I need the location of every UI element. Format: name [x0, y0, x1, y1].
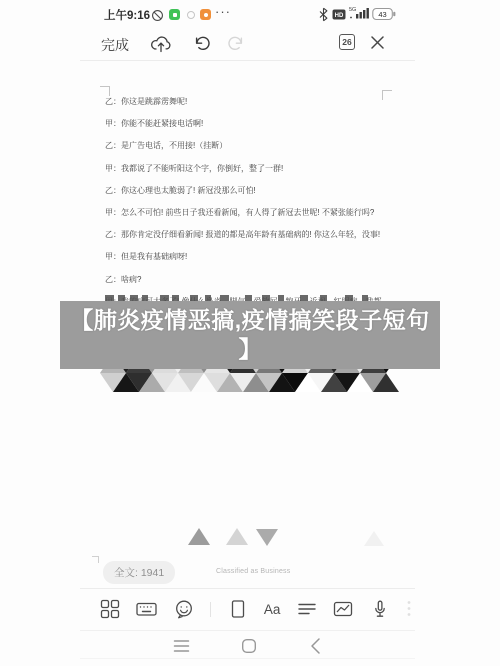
- phone-screenshot: 上午9:16 ··· HD 5G 43 完: [0, 0, 500, 666]
- mute-icon: [151, 9, 164, 22]
- article-title-line1: 【肺炎疫情恶搞,疫情搞笑段子短句: [60, 305, 440, 335]
- page-corner-mark-bottom: [92, 556, 99, 563]
- page-corner-mark-left: [100, 86, 110, 96]
- bluetooth-icon: [318, 7, 329, 22]
- android-nav-bar: [80, 630, 415, 660]
- app-notification-green-icon: [169, 9, 180, 20]
- doc-line: 甲：我都说了不能听阳这个字，你倒好，整了一群!: [105, 163, 389, 174]
- article-title-banner: 【肺炎疫情恶搞,疫情搞笑段子短句 】: [60, 301, 440, 369]
- back-icon[interactable]: [309, 637, 321, 655]
- align-icon[interactable]: [297, 599, 317, 619]
- classification-label: Classified as Business: [216, 568, 290, 575]
- article-title-line2: 】: [60, 335, 440, 363]
- undo-icon[interactable]: [193, 35, 212, 53]
- page-icon[interactable]: [228, 599, 248, 619]
- kebab-icon: [406, 599, 412, 619]
- battery-icon: 43: [372, 7, 396, 21]
- battery-percent: 43: [378, 10, 386, 19]
- redo-icon[interactable]: [226, 35, 245, 53]
- doc-line: 乙：你这心理也太脆弱了! 新冠没那么可怕!: [105, 185, 389, 196]
- apps-grid-icon[interactable]: [100, 599, 120, 619]
- hd-volte-icon: HD: [332, 9, 346, 20]
- toolbar-group-divider: [210, 602, 211, 617]
- triangle-shape: [373, 373, 399, 392]
- keyboard-icon[interactable]: [136, 599, 157, 619]
- page-count-badge[interactable]: 26: [339, 34, 355, 50]
- triangle-shape: [256, 529, 278, 546]
- clock: 上午9:16: [104, 7, 150, 23]
- microphone-icon[interactable]: [370, 599, 390, 619]
- doc-line: 乙：你这是跳霹雳舞呢!: [105, 96, 389, 107]
- app-notification-orange-icon: [200, 9, 211, 20]
- home-icon[interactable]: [240, 637, 258, 655]
- footer-divider: [80, 588, 415, 589]
- emoji-icon[interactable]: [174, 599, 194, 619]
- dot-notification-icon: [187, 11, 195, 19]
- doc-line: 甲：但是我有基础病呀!: [105, 251, 389, 262]
- triangle-shape: [226, 528, 248, 545]
- doc-line: 乙：啥病?: [105, 274, 389, 285]
- doc-line: 乙：那你肯定没仔细看新闻! 报道的都是高年龄有基础病的! 你这么年轻，没事!: [105, 229, 389, 240]
- image-icon[interactable]: [333, 599, 353, 619]
- signal-bars-icon: 5G: [349, 5, 370, 20]
- word-count-badge: 全文: 1941: [103, 561, 175, 584]
- doc-line: 乙：是广告电话，不用接!（挂断）: [105, 140, 389, 151]
- doc-line: 甲：你能不能赶紧接电话啊!: [105, 118, 389, 129]
- bottom-toolbar: Aa: [100, 592, 412, 626]
- doc-line: 甲：怎么不可怕! 前些日子我还看新闻，有人得了新冠去世呢! 不紧张能行吗?: [105, 207, 389, 218]
- svg-text:HD: HD: [335, 13, 344, 19]
- done-button[interactable]: 完成: [101, 35, 129, 55]
- triangle-shape: [188, 528, 210, 545]
- text-format-icon[interactable]: Aa: [264, 602, 281, 617]
- more-notifications-dots: ···: [215, 4, 231, 19]
- toolbar-divider: [80, 60, 415, 61]
- network-type-label: 5G: [349, 7, 356, 13]
- menu-icon[interactable]: [173, 638, 190, 654]
- cloud-share-icon[interactable]: [150, 33, 172, 54]
- triangle-shape: [364, 531, 384, 546]
- close-icon[interactable]: [369, 34, 386, 51]
